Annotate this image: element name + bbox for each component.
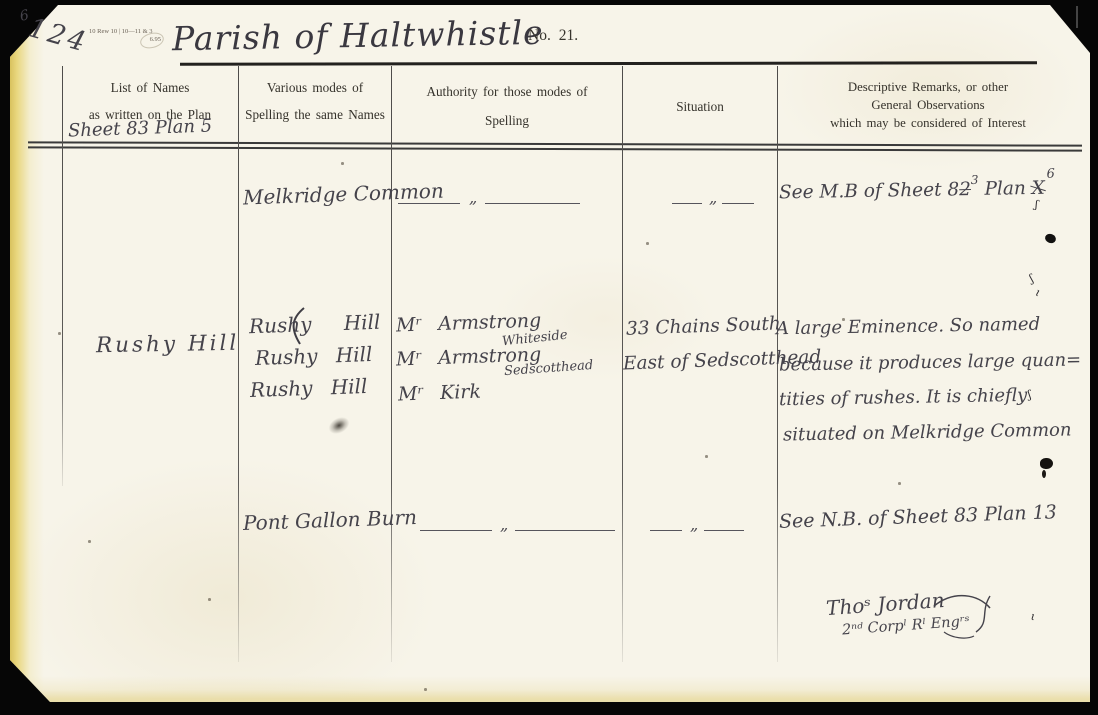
ditto-dash: [515, 530, 615, 531]
rushyhill-spelling-2: Rushy Hill: [255, 342, 373, 370]
spelling-header-line1: Various modes of: [240, 80, 390, 96]
ditto-mark: „: [500, 515, 508, 534]
paper-speck: [646, 242, 649, 245]
ditto-mark: „: [469, 188, 477, 207]
page-number: No. 21.: [528, 27, 578, 45]
paper-speck: [898, 482, 901, 485]
remarks-header-line2: General Observations: [779, 98, 1077, 113]
ditto-dash: [704, 530, 744, 531]
authority-header-line1: Authority for those modes of: [393, 84, 621, 100]
corner-mark: 6: [18, 7, 30, 25]
paper-speck: [208, 598, 211, 601]
rushyhill-remark-line3: tities of rushes. It is chiefly: [779, 385, 1028, 410]
rushyhill-spelling-3: Rushy Hill: [250, 374, 368, 402]
remark-plan-struck: X: [1032, 178, 1046, 199]
paper-speck: [842, 318, 845, 321]
authority-header-line2: Spelling: [393, 113, 621, 129]
names-header-line1: List of Names: [64, 80, 236, 96]
ditto-dash: [420, 530, 492, 531]
column-line-1: [238, 66, 239, 662]
ditto-dash: [672, 203, 702, 204]
paper-speck: [341, 162, 344, 165]
column-header-spelling: Various modes of Spelling the same Names: [240, 80, 390, 123]
authority-3-name: Mʳ Kirk: [398, 381, 482, 406]
paper-speck: [705, 455, 708, 458]
scanned-name-book-page: 6 124 10 Rew 10 | 10—11 & 3 6.95 Parish …: [0, 0, 1098, 715]
remarks-header-line1: Descriptive Remarks, or other: [779, 80, 1077, 95]
ditto-dash: [722, 203, 754, 204]
entry-rushyhill-name-on-plan: Rushy Hill: [96, 331, 240, 358]
remark-plan-correction: 6: [1046, 167, 1055, 182]
ditto-mark: „: [709, 188, 717, 207]
table-border-left: [62, 66, 63, 486]
ditto-dash: [485, 203, 580, 204]
paper-speck: [58, 332, 61, 335]
ditto-dash: [650, 530, 682, 531]
remark-sheet-struck: 2: [959, 179, 971, 200]
parish-title: Parish of Haltwhistle: [172, 13, 544, 58]
column-header-authority: Authority for those modes of Spelling: [393, 84, 621, 129]
ink-blot-tail: [1042, 470, 1046, 478]
aged-corner-sliver: [1038, 0, 1092, 37]
signature-flourish: [930, 588, 1000, 643]
remarks-header-line3: which may be considered of Interest: [779, 116, 1077, 131]
edge-mark: [1076, 6, 1078, 28]
paper-speck: [424, 688, 427, 691]
column-header-remarks: Descriptive Remarks, or other General Ob…: [779, 80, 1077, 131]
spelling-header-line2: Spelling the same Names: [240, 107, 390, 123]
column-line-2: [391, 66, 392, 662]
remark-plan-word: Plan: [984, 178, 1026, 200]
rushyhill-spelling-1: Rushy Hill: [249, 310, 381, 339]
remark-sheet-correction: 3: [971, 173, 979, 187]
remark-prefix: See M.B of Sheet 8: [779, 179, 960, 203]
paper-speck: [88, 540, 91, 543]
ditto-mark: „: [690, 515, 698, 534]
column-header-situation: Situation: [624, 99, 776, 115]
ditto-dash: [398, 203, 460, 204]
